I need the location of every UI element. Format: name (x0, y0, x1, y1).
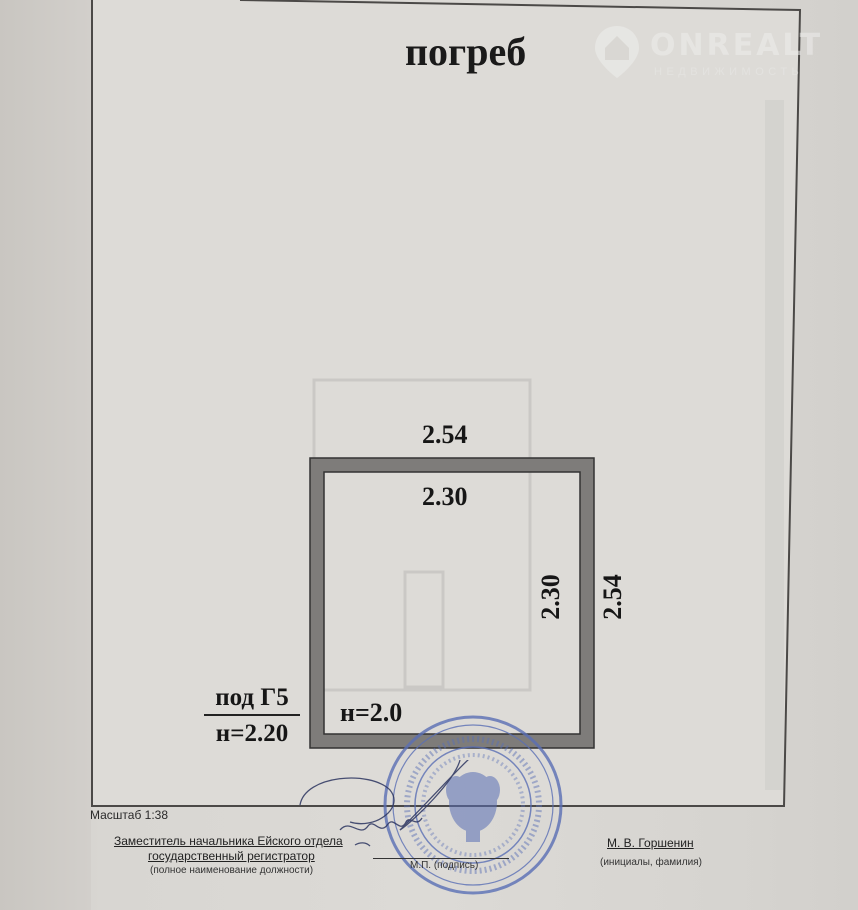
house-pin-icon (592, 24, 642, 80)
paper-area (92, 0, 800, 806)
watermark: ONREALT НЕДВИЖИМОСТЬ (592, 24, 842, 84)
signer-position-line1: Заместитель начальника Ейского отдела (114, 834, 343, 848)
plan-title: погреб (405, 28, 526, 75)
right-shade (765, 100, 784, 790)
outer-width-dimension: 2.54 (422, 420, 468, 450)
signature-caption: М.П. (подпись) (410, 860, 478, 871)
signer-position-line2: государственный регистратор (148, 849, 315, 863)
watermark-subtitle: НЕДВИЖИМОСТЬ (654, 66, 803, 78)
name-caption: (инициалы, фамилия) (600, 857, 702, 868)
room-label: под Г5 (204, 684, 300, 716)
inner-length-dimension: 2.30 (536, 574, 566, 620)
position-caption: (полное наименование должности) (150, 865, 313, 876)
room-label-block: под Г5 н=2.20 (204, 684, 300, 748)
inner-width-dimension: 2.30 (422, 482, 468, 512)
scale-label: Масштаб 1:38 (90, 808, 168, 822)
signature-line (373, 858, 509, 859)
room-height: н=2.20 (204, 720, 300, 748)
watermark-brand: ONREALT (650, 28, 823, 63)
signer-name: М. В. Горшенин (607, 836, 694, 850)
outer-length-dimension: 2.54 (598, 574, 628, 620)
